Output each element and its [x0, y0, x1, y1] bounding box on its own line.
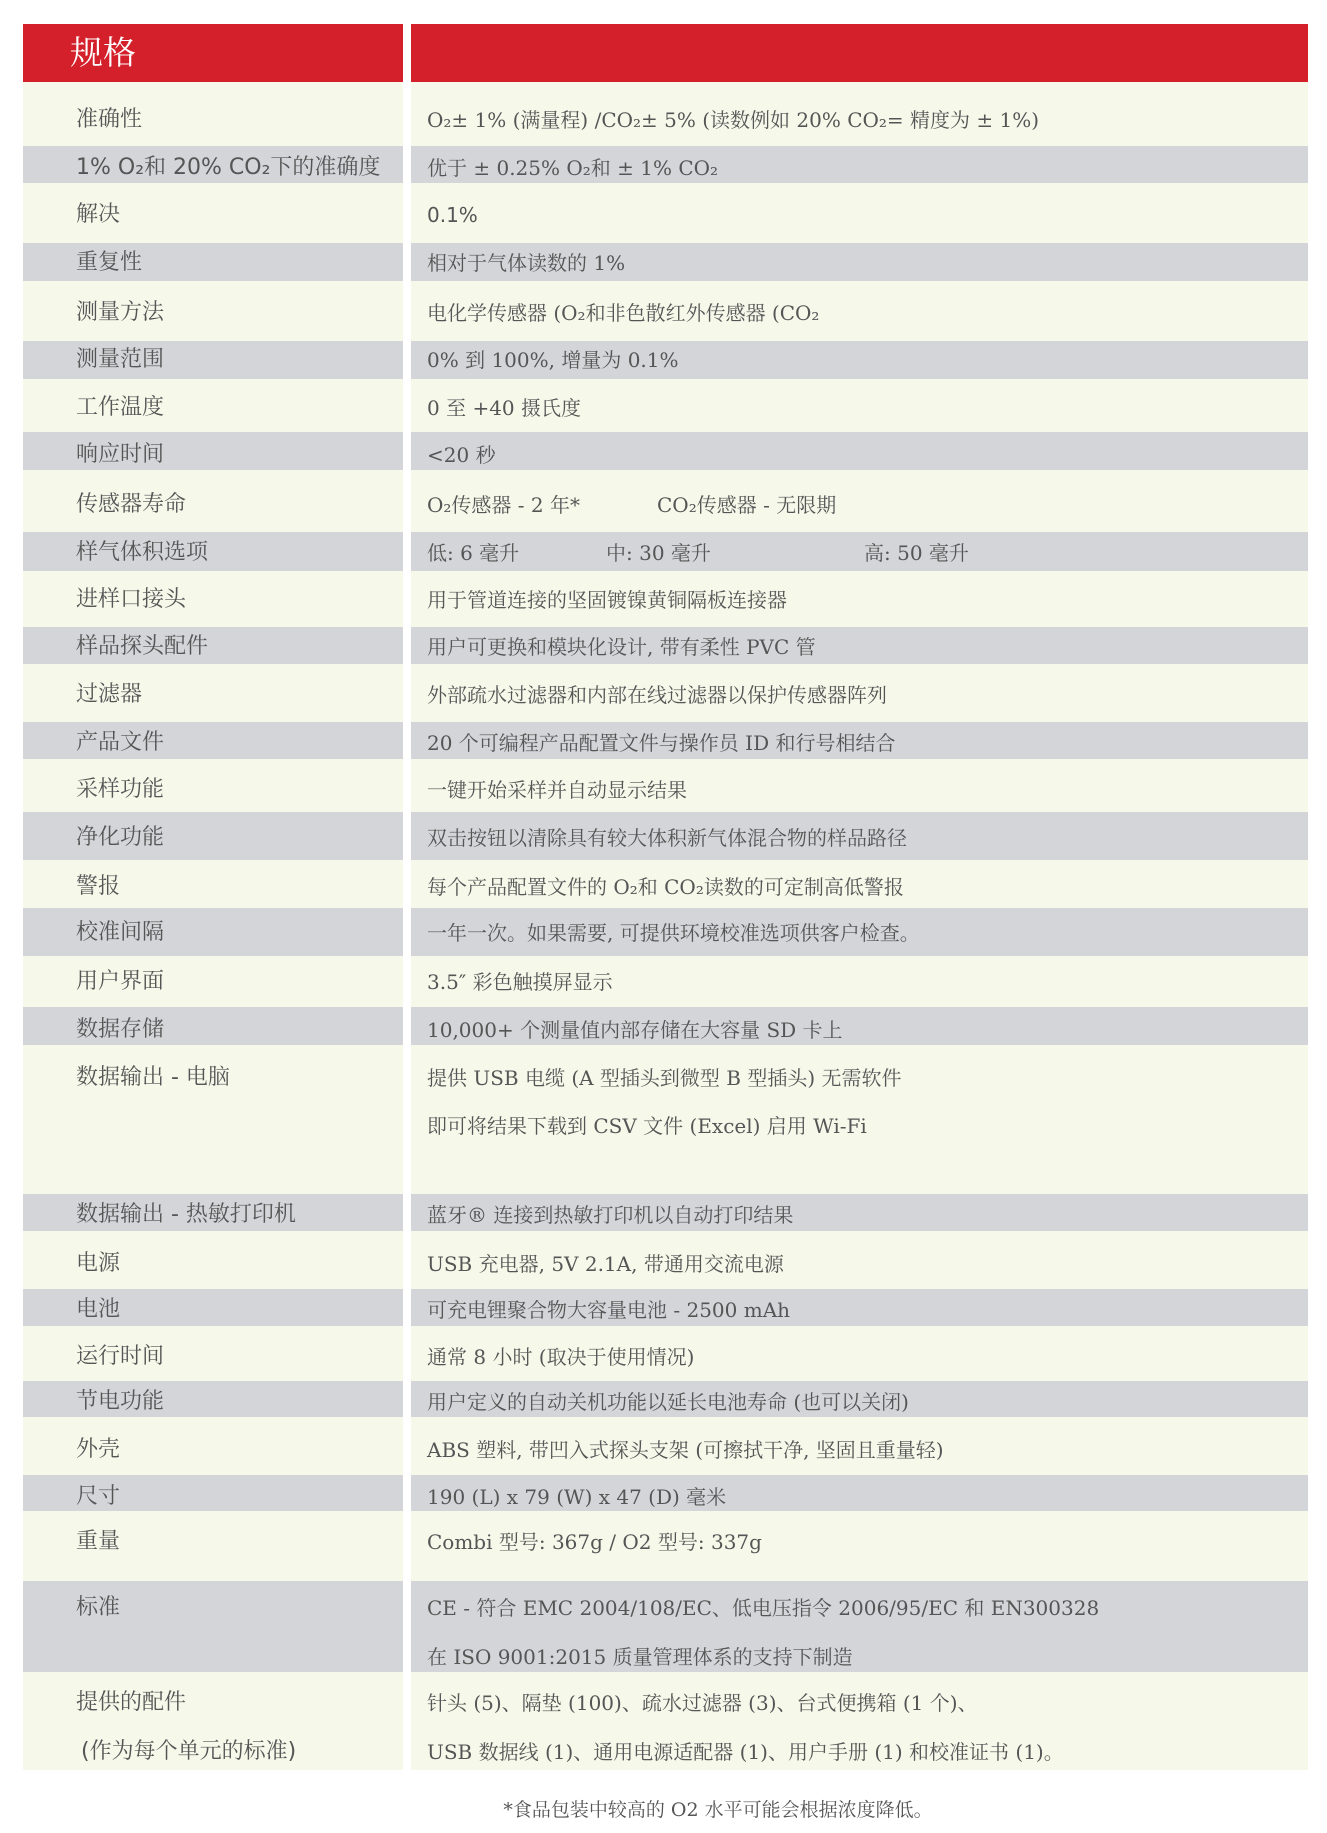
spec-label: 产品文件 [76, 731, 164, 755]
spec-value: <20 秒 [427, 443, 496, 467]
spec-value: 每个产品配置文件的 O₂和 CO₂读数的可定制高低警报 [427, 875, 904, 899]
spec-label: 进样口接头 [76, 588, 186, 612]
spec-value: USB 充电器, 5V 2.1A, 带通用交流电源 [427, 1252, 784, 1276]
spec-value: 用于管道连接的坚固镀镍黄铜隔板连接器 [427, 588, 787, 612]
spec-value-cell: 用户可更换和模块化设计, 带有柔性 PVC 管 [411, 627, 1308, 664]
spec-label-note: (作为每个单元的标准) [81, 1740, 296, 1764]
footnote: *食品包装中较高的 O2 水平可能会根据浓度降低。 [0, 1798, 1327, 1822]
spec-value: 蓝牙® 连接到热敏打印机以自动打印结果 [427, 1203, 793, 1227]
spec-label-cell: 用户界面 [23, 956, 403, 1007]
spec-label: 样品探头配件 [76, 635, 208, 659]
spec-label-cell: 重量 [23, 1511, 403, 1581]
spec-label-cell: 节电功能 [23, 1381, 403, 1417]
spec-value: 0.1% [427, 203, 478, 227]
spec-label-cell: 电源 [23, 1231, 403, 1289]
spec-value-cell: CE - 符合 EMC 2004/108/EC、低电压指令 2006/95/EC… [411, 1581, 1308, 1672]
spec-value: 0 至 +40 摄氏度 [427, 396, 581, 420]
spec-value: 190 (L) x 79 (W) x 47 (D) 毫米 [427, 1485, 726, 1509]
spec-label: 1% O₂和 20% CO₂下的准确度 [76, 156, 380, 180]
spec-label: 数据输出 - 热敏打印机 [76, 1203, 296, 1227]
spec-label: 过滤器 [76, 683, 142, 707]
spec-label-cell: 标准 [23, 1581, 403, 1672]
spec-label: 传感器寿命 [76, 493, 186, 517]
spec-value: ABS 塑料, 带凹入式探头支架 (可擦拭干净, 坚固且重量轻) [427, 1438, 944, 1462]
spec-label-cell: 进样口接头 [23, 571, 403, 627]
spec-label-cell: 过滤器 [23, 664, 403, 722]
spec-label: 尺寸 [76, 1485, 120, 1509]
spec-header-left: 规格 [23, 24, 403, 82]
spec-label-cell: 解决 [23, 183, 403, 243]
spec-value: 低: 6 毫升 [427, 541, 519, 565]
spec-title: 规格 [70, 35, 136, 71]
spec-value-cell: 一年一次。如果需要, 可提供环境校准选项供客户检查。 [411, 908, 1308, 956]
spec-value-cell: 3.5″ 彩色触摸屏显示 [411, 956, 1308, 1007]
spec-label-cell: 净化功能 [23, 812, 403, 860]
spec-value-cell: 用户定义的自动关机功能以延长电池寿命 (也可以关闭) [411, 1381, 1308, 1417]
spec-value-cell: 针头 (5)、隔垫 (100)、疏水过滤器 (3)、台式便携箱 (1 个)、 U… [411, 1672, 1308, 1770]
spec-value-cell: 相对于气体读数的 1% [411, 243, 1308, 281]
spec-label-cell: 准确性 [23, 82, 403, 146]
spec-label: 样气体积选项 [76, 541, 208, 565]
spec-value: 优于 ± 0.25% O₂和 ± 1% CO₂ [427, 156, 718, 180]
spec-label-cell: 采样功能 [23, 759, 403, 812]
spec-label-cell: 产品文件 [23, 722, 403, 759]
spec-value-cell: 0% 到 100%, 增量为 0.1% [411, 341, 1308, 379]
spec-value: 20 个可编程产品配置文件与操作员 ID 和行号相结合 [427, 731, 895, 755]
spec-value: 用户定义的自动关机功能以延长电池寿命 (也可以关闭) [427, 1390, 909, 1414]
spec-label-cell: 响应时间 [23, 432, 403, 470]
spec-label-cell: 样品探头配件 [23, 627, 403, 664]
spec-label-cell: 尺寸 [23, 1475, 403, 1511]
spec-value: 相对于气体读数的 1% [427, 251, 625, 275]
spec-label: 警报 [76, 875, 120, 899]
spec-label: 运行时间 [76, 1345, 164, 1369]
spec-label-cell: 外壳 [23, 1417, 403, 1475]
spec-label-cell: 警报 [23, 860, 403, 908]
spec-value-cell: 10,000+ 个测量值内部存储在大容量 SD 卡上 [411, 1007, 1308, 1045]
spec-value-cell: <20 秒 [411, 432, 1308, 470]
spec-value: 一年一次。如果需要, 可提供环境校准选项供客户检查。 [427, 921, 920, 945]
spec-label: 测量范围 [76, 348, 164, 372]
spec-value: 通常 8 小时 (取决于使用情况) [427, 1345, 694, 1369]
spec-value-cell: 提供 USB 电缆 (A 型插头到微型 B 型插头) 无需软件 即可将结果下载到… [411, 1045, 1308, 1194]
spec-value-cell: 优于 ± 0.25% O₂和 ± 1% CO₂ [411, 146, 1308, 183]
spec-value-cell: 0.1% [411, 183, 1308, 243]
spec-value: 3.5″ 彩色触摸屏显示 [427, 970, 613, 994]
spec-value: Combi 型号: 367g / O2 型号: 337g [427, 1530, 762, 1554]
spec-label-cell: 提供的配件 (作为每个单元的标准) [23, 1672, 403, 1770]
spec-label: 数据输出 - 电脑 [76, 1066, 230, 1090]
spec-label: 电池 [76, 1298, 120, 1322]
spec-label: 准确性 [76, 108, 142, 132]
spec-value-line: USB 数据线 (1)、通用电源适配器 (1)、用户手册 (1) 和校准证书 (… [427, 1740, 1064, 1764]
spec-value-line: 即可将结果下载到 CSV 文件 (Excel) 启用 Wi-Fi [427, 1114, 867, 1138]
spec-value: O₂传感器 - 2 年* [427, 493, 580, 517]
spec-label-cell: 样气体积选项 [23, 532, 403, 571]
spec-value-cell: 用于管道连接的坚固镀镍黄铜隔板连接器 [411, 571, 1308, 627]
spec-label-cell: 校准间隔 [23, 908, 403, 956]
spec-value-cell: 低: 6 毫升 中: 30 毫升 高: 50 毫升 [411, 532, 1308, 571]
spec-label: 数据存储 [76, 1018, 164, 1042]
spec-value-cell: USB 充电器, 5V 2.1A, 带通用交流电源 [411, 1231, 1308, 1289]
spec-value: 用户可更换和模块化设计, 带有柔性 PVC 管 [427, 635, 816, 659]
spec-label-cell: 工作温度 [23, 379, 403, 432]
spec-value: O₂± 1% (满量程) /CO₂± 5% (读数例如 20% CO₂= 精度为… [427, 108, 1039, 132]
spec-value: 中: 30 毫升 [606, 541, 711, 565]
spec-value-line: 针头 (5)、隔垫 (100)、疏水过滤器 (3)、台式便携箱 (1 个)、 [427, 1691, 978, 1715]
spec-label: 重复性 [76, 251, 142, 275]
spec-label: 标准 [76, 1596, 120, 1620]
spec-header-right [411, 24, 1308, 82]
spec-label: 采样功能 [76, 778, 164, 802]
spec-label: 外壳 [76, 1438, 120, 1462]
spec-label: 解决 [76, 203, 120, 227]
spec-value-cell: O₂± 1% (满量程) /CO₂± 5% (读数例如 20% CO₂= 精度为… [411, 82, 1308, 146]
spec-label: 重量 [76, 1530, 120, 1554]
spec-value: 外部疏水过滤器和内部在线过滤器以保护传感器阵列 [427, 683, 887, 707]
spec-label: 校准间隔 [76, 921, 164, 945]
spec-value-cell: O₂传感器 - 2 年* CO₂传感器 - 无限期 [411, 470, 1308, 532]
spec-value-cell: 可充电锂聚合物大容量电池 - 2500 mAh [411, 1289, 1308, 1326]
spec-label: 电源 [76, 1252, 120, 1276]
spec-value-cell: ABS 塑料, 带凹入式探头支架 (可擦拭干净, 坚固且重量轻) [411, 1417, 1308, 1475]
spec-label-cell: 传感器寿命 [23, 470, 403, 532]
spec-label: 节电功能 [76, 1390, 164, 1414]
spec-label: 用户界面 [76, 970, 164, 994]
spec-value-line: CE - 符合 EMC 2004/108/EC、低电压指令 2006/95/EC… [427, 1596, 1099, 1620]
spec-value-cell: 外部疏水过滤器和内部在线过滤器以保护传感器阵列 [411, 664, 1308, 722]
spec-label-cell: 电池 [23, 1289, 403, 1326]
spec-label: 工作温度 [76, 396, 164, 420]
spec-label: 提供的配件 [76, 1691, 186, 1715]
spec-label-cell: 数据输出 - 电脑 [23, 1045, 403, 1194]
spec-value-cell: 电化学传感器 (O₂和非色散红外传感器 (CO₂ [411, 281, 1308, 341]
spec-value-cell: 每个产品配置文件的 O₂和 CO₂读数的可定制高低警报 [411, 860, 1308, 908]
spec-label-cell: 数据输出 - 热敏打印机 [23, 1194, 403, 1231]
spec-label-cell: 测量方法 [23, 281, 403, 341]
spec-label: 响应时间 [76, 443, 164, 467]
spec-value-line: 在 ISO 9001:2015 质量管理体系的支持下制造 [427, 1645, 853, 1669]
spec-label-cell: 重复性 [23, 243, 403, 281]
spec-value-cell: 通常 8 小时 (取决于使用情况) [411, 1326, 1308, 1381]
spec-value: 电化学传感器 (O₂和非色散红外传感器 (CO₂ [427, 301, 819, 325]
spec-value-cell: 20 个可编程产品配置文件与操作员 ID 和行号相结合 [411, 722, 1308, 759]
spec-value-line: 提供 USB 电缆 (A 型插头到微型 B 型插头) 无需软件 [427, 1066, 902, 1090]
spec-label-cell: 测量范围 [23, 341, 403, 379]
spec-value: 双击按钮以清除具有较大体积新气体混合物的样品路径 [427, 826, 907, 850]
spec-value-cell: 0 至 +40 摄氏度 [411, 379, 1308, 432]
spec-value: 10,000+ 个测量值内部存储在大容量 SD 卡上 [427, 1018, 843, 1042]
spec-value: 一键开始采样并自动显示结果 [427, 778, 687, 802]
spec-value: 0% 到 100%, 增量为 0.1% [427, 348, 679, 372]
spec-value-cell: 蓝牙® 连接到热敏打印机以自动打印结果 [411, 1194, 1308, 1231]
spec-value: 高: 50 毫升 [864, 541, 969, 565]
spec-value-cell: 双击按钮以清除具有较大体积新气体混合物的样品路径 [411, 812, 1308, 860]
spec-value: CO₂传感器 - 无限期 [657, 493, 836, 517]
spec-label: 测量方法 [76, 301, 164, 325]
spec-value-cell: Combi 型号: 367g / O2 型号: 337g [411, 1511, 1308, 1581]
spec-value-cell: 190 (L) x 79 (W) x 47 (D) 毫米 [411, 1475, 1308, 1511]
spec-label-cell: 运行时间 [23, 1326, 403, 1381]
spec-value-cell: 一键开始采样并自动显示结果 [411, 759, 1308, 812]
spec-label-cell: 数据存储 [23, 1007, 403, 1045]
spec-value: 可充电锂聚合物大容量电池 - 2500 mAh [427, 1298, 790, 1322]
spec-label-cell: 1% O₂和 20% CO₂下的准确度 [23, 146, 403, 183]
spec-label: 净化功能 [76, 826, 164, 850]
